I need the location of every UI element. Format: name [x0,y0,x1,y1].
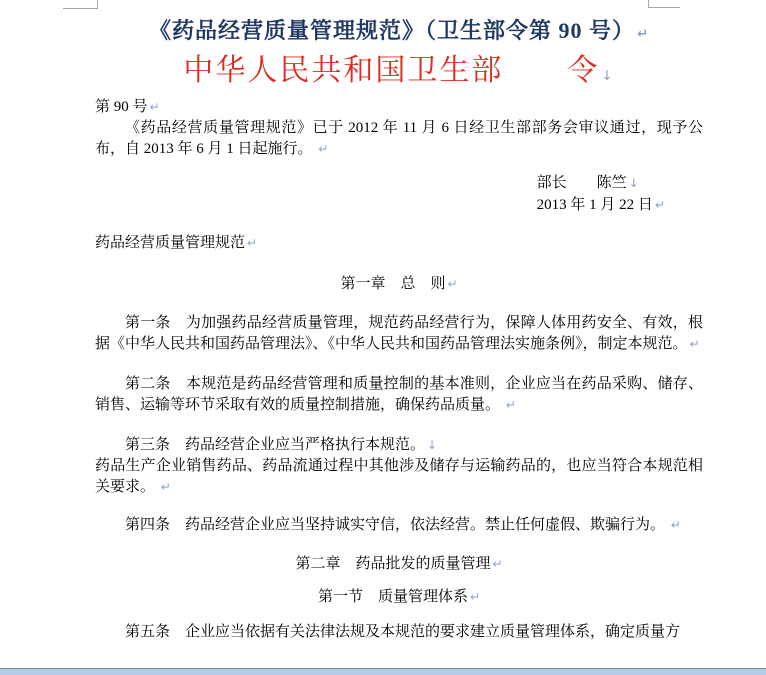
chapter-1-heading: 第一章 总 则↵ [95,274,703,295]
gsp-title-line: 药品经营质量管理规范↵ [95,233,703,254]
article-3-line1-text: 第三条 药品经营企业应当严格执行本规范。 [125,437,425,453]
minister-signature: 部长 陈竺↓ [537,172,665,194]
chapter-2-heading: 第二章 药品批发的质量管理↵ [95,554,703,575]
gsp-title-text: 药品经营质量管理规范 [95,235,245,251]
section-1-heading: 第一节 质量管理体系↵ [95,587,703,608]
paragraph-mark-icon: ↵ [148,100,160,114]
article-1-paragraph: 第一条 为加强药品经营质量管理，规范药品经营行为，保障人体用药安全、有效，根据《… [95,313,703,355]
paragraph-mark-icon: ↵ [490,557,502,571]
chapter-1-heading-text: 第一章 总 则 [340,276,445,292]
line-break-mark-icon: ↓ [599,68,614,84]
window-bottom-edge [0,668,766,675]
signature-block: 部长 陈竺↓ 2013 年 1 月 22 日↵ [537,172,665,216]
paragraph-mark-icon: ↵ [159,480,171,494]
article-5-text: 第五条 企业应当依据有关法律法规及本规范的要求建立质量管理体系，确定质量方 [125,624,680,640]
chapter-2-heading-text: 第二章 药品批发的质量管理 [295,556,490,572]
intro-paragraph-text: 《药品经营质量管理规范》已于 2012 年 11 月 6 日经卫生部部务会审议通… [95,120,703,157]
margin-cropmark-right-icon [648,0,680,8]
article-2-text: 第二条 本规范是药品经营管理和质量控制的基本准则，企业应当在药品采购、储存、销售… [95,376,703,413]
article-3-paragraph: 第三条 药品经营企业应当严格执行本规范。↓药品生产企业销售药品、药品流通过程中其… [95,435,703,498]
article-4-text: 第四条 药品经营企业应当坚持诚实守信，依法经营。禁止任何虚假、欺骗行为。 [125,517,665,533]
ministry-order-heading: 中华人民共和国卫生部 令↓ [95,50,703,97]
order-number-line: 第 90 号↵ [95,97,703,118]
signature-date: 2013 年 1 月 22 日↵ [537,194,665,216]
paragraph-mark-icon: ↵ [445,277,457,291]
paragraph-mark-icon: ↵ [504,398,516,412]
article-5-paragraph-clipped: 第五条 企业应当依据有关法律法规及本规范的要求建立质量管理体系，确定质量方 [95,622,703,643]
section-1-heading-text: 第一节 质量管理体系 [318,589,468,605]
order-number-text: 第 90 号 [95,99,148,115]
paragraph-mark-icon: ↵ [468,590,480,604]
minister-signature-text: 部长 陈竺 [537,175,627,191]
doc-heading-blue: 《药品经营质量管理规范》（卫生部令第 90 号）↵ [95,16,703,50]
line-break-mark-icon: ↓ [425,438,437,452]
margin-cropmark-left-icon [63,0,98,9]
document-canvas[interactable]: 《药品经营质量管理规范》（卫生部令第 90 号）↵ 中华人民共和国卫生部 令↓ … [0,0,766,675]
paragraph-mark-icon: ↵ [653,198,665,212]
paragraph-mark-icon: ↵ [316,142,328,156]
signature-date-text: 2013 年 1 月 22 日 [537,197,653,213]
line-break-mark-icon: ↓ [627,176,639,190]
article-1-text: 第一条 为加强药品经营质量管理，规范药品经营行为，保障人体用药安全、有效，根据《… [95,315,703,352]
intro-paragraph: 《药品经营质量管理规范》已于 2012 年 11 月 6 日经卫生部部务会审议通… [95,118,703,160]
paragraph-mark-icon: ↵ [245,236,257,250]
ministry-order-heading-text: 中华人民共和国卫生部 令 [183,54,599,87]
paragraph-mark-icon: ↵ [635,27,649,42]
paragraph-mark-icon: ↵ [688,337,700,351]
article-3-line2-text: 药品生产企业销售药品、药品流通过程中其他涉及储存与运输药品的，也应当符合本规范相… [95,458,703,495]
article-4-paragraph: 第四条 药品经营企业应当坚持诚实守信，依法经营。禁止任何虚假、欺骗行为。 ↵ [95,515,703,536]
doc-heading-blue-text: 《药品经营质量管理规范》（卫生部令第 90 号） [149,18,635,43]
article-2-paragraph: 第二条 本规范是药品经营管理和质量控制的基本准则，企业应当在药品采购、储存、销售… [95,374,703,416]
paragraph-mark-icon: ↵ [669,518,681,532]
